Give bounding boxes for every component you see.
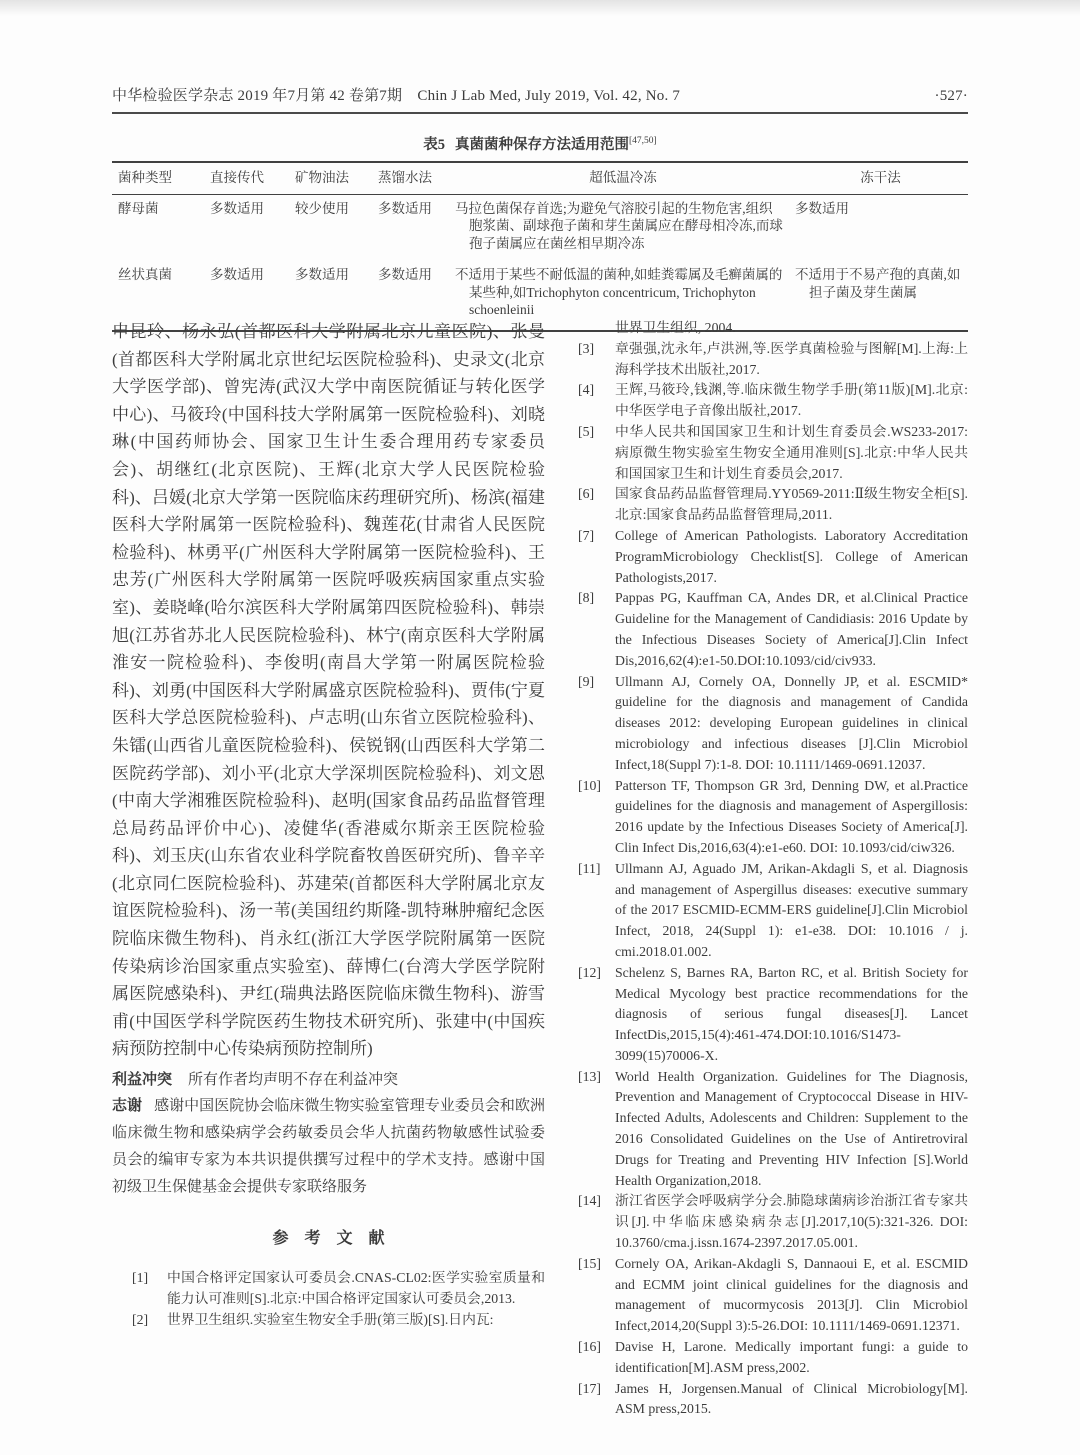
journal-page: 中华检验医学杂志 2019 年7月第 42 卷第7期 Chin J Lab Me… <box>0 0 1080 1455</box>
reference-item: [5]中华人民共和国国家卫生和计划生育委员会.WS233-2017:病原微生物实… <box>578 422 968 484</box>
reference-text: 浙江省医学会呼吸病学分会.肺隐球菌病诊治浙江省专家共识[J].中华临床感染病杂志… <box>615 1193 968 1250</box>
preservation-methods-table: 菌种类型 直接传代 矿物油法 蒸馏水法 超低温冷冻 冻干法 酵母菌 多数适用 较… <box>112 161 968 332</box>
table-cell: 多数适用 <box>208 200 293 253</box>
column-header: 冻干法 <box>793 169 968 187</box>
reference-text: Ullmann AJ, Aguado JM, Arikan-Akdagli S,… <box>615 861 968 959</box>
references-right: 世界卫生组织, 2004. [3]章强强,沈永年,卢洪洲,等.医学真菌检验与图解… <box>578 318 968 1420</box>
reference-number: [17] <box>578 1379 601 1400</box>
reference-item: [17]James H, Jorgensen.Manual of Clinica… <box>578 1379 968 1421</box>
reference-text: Ullmann AJ, Cornely OA, Donnelly JP, et … <box>615 674 968 772</box>
reference-number: [11] <box>578 859 600 880</box>
table-cell: 多数适用 <box>293 266 376 319</box>
reference-item: [1]中国合格评定国家认可委员会.CNAS-CL02:医学实验室质量和能力认可准… <box>112 1268 545 1310</box>
acknowledgement-text: 感谢中国医院协会临床微生物实验室管理专业委员会和欧洲临床微生物和感染病学会药敏委… <box>112 1098 545 1195</box>
column-header: 直接传代 <box>208 169 293 187</box>
left-column: 申昆玲、杨永弘(首都医科大学附属北京儿童医院)、张曼(首都医科大学附属北京世纪坛… <box>112 318 545 1330</box>
table-row: 酵母菌 多数适用 较少使用 多数适用 马拉色菌保存首选;为避免气溶胶引起的生物危… <box>112 195 968 258</box>
table-cell: 多数适用 <box>793 200 968 253</box>
reference-text: Davise H, Larone. Medically important fu… <box>615 1339 968 1375</box>
reference-number: [10] <box>578 776 601 797</box>
table-caption-label: 表5 <box>423 137 445 153</box>
reference-number: [15] <box>578 1254 601 1275</box>
table-cell: 马拉色菌保存首选;为避免气溶胶引起的生物危害,组织胞浆菌、副球孢子菌和芽生菌属应… <box>453 200 793 253</box>
reference-number: [9] <box>578 672 594 693</box>
reference-text: 世界卫生组织, 2004. <box>615 320 736 335</box>
running-head: 中华检验医学杂志 2019 年7月第 42 卷第7期 Chin J Lab Me… <box>112 84 968 114</box>
reference-text: Pappas PG, Kauffman CA, Andes DR, et al.… <box>615 590 968 667</box>
reference-item: [4]王辉,马筱玲,钱渊,等.临床微生物学手册(第11版)[M].北京:中华医学… <box>578 380 968 422</box>
reference-item: [13]World Health Organization. Guideline… <box>578 1067 968 1192</box>
table-cell: 丝状真菌 <box>112 266 208 319</box>
reference-number: [12] <box>578 963 601 984</box>
table-cell: 多数适用 <box>376 266 453 319</box>
reference-item: [15]Cornely OA, Arikan-Akdagli S, Dannao… <box>578 1254 968 1337</box>
reference-number: [16] <box>578 1337 601 1358</box>
reference-item: [12]Schelenz S, Barnes RA, Barton RC, et… <box>578 963 968 1067</box>
table-header-row: 菌种类型 直接传代 矿物油法 蒸馏水法 超低温冷冻 冻干法 <box>112 163 968 195</box>
column-header: 蒸馏水法 <box>376 169 453 187</box>
reference-item: [10]Patterson TF, Thompson GR 3rd, Denni… <box>578 776 968 859</box>
reference-number: [14] <box>578 1191 601 1212</box>
reference-item: [6]国家食品药品监督管理局.YY0569-2011:Ⅱ级生物安全柜[S].北京… <box>578 484 968 526</box>
reference-item: [11]Ullmann AJ, Aguado JM, Arikan-Akdagl… <box>578 859 968 963</box>
table-cell: 不适用于某些不耐低温的菌种,如蛙粪霉属及毛癣菌属的某些种,如Trichophyt… <box>453 266 793 319</box>
author-affiliations: 申昆玲、杨永弘(首都医科大学附属北京儿童医院)、张曼(首都医科大学附属北京世纪坛… <box>112 318 545 1063</box>
reference-number: [2] <box>132 1310 148 1331</box>
reference-number: [4] <box>578 380 594 401</box>
reference-number: [7] <box>578 526 594 547</box>
reference-text: 世界卫生组织.实验室生物安全手册(第三版)[S].日内瓦: <box>167 1312 494 1327</box>
reference-item: [9]Ullmann AJ, Cornely OA, Donnelly JP, … <box>578 672 968 776</box>
reference-text: 中华人民共和国国家卫生和计划生育委员会.WS233-2017:病原微生物实验室生… <box>615 424 968 481</box>
reference-number: [3] <box>578 339 594 360</box>
reference-number: [6] <box>578 484 594 505</box>
reference-text: Cornely OA, Arikan-Akdagli S, Dannaoui E… <box>615 1256 968 1333</box>
table-cell: 酵母菌 <box>112 200 208 253</box>
references-heading: 参 考 文 献 <box>112 1225 545 1248</box>
scan-shadow <box>0 0 1080 16</box>
reference-number: [8] <box>578 588 594 609</box>
conflict-of-interest-label: 利益冲突 <box>112 1072 172 1088</box>
conflict-of-interest: 利益冲突所有作者均声明不存在利益冲突 <box>112 1067 545 1093</box>
column-header: 菌种类型 <box>112 169 208 187</box>
table-cell: 不适用于不易产孢的真菌,如担子菌及芽生菌属 <box>793 266 968 319</box>
reference-number: [1] <box>132 1268 148 1289</box>
right-column: 世界卫生组织, 2004. [3]章强强,沈永年,卢洪洲,等.医学真菌检验与图解… <box>578 318 968 1420</box>
reference-text: Schelenz S, Barnes RA, Barton RC, et al.… <box>615 965 968 1063</box>
column-header: 超低温冷冻 <box>453 169 793 187</box>
conflict-of-interest-text: 所有作者均声明不存在利益冲突 <box>188 1072 398 1088</box>
table-caption-citation: [47,50] <box>629 136 657 146</box>
journal-citation-line: 中华检验医学杂志 2019 年7月第 42 卷第7期 Chin J Lab Me… <box>112 84 680 105</box>
table-caption-text: 真菌菌种保存方法适用范围 <box>455 137 629 153</box>
references-left: [1]中国合格评定国家认可委员会.CNAS-CL02:医学实验室质量和能力认可准… <box>112 1268 545 1330</box>
table-caption: 表5真菌菌种保存方法适用范围[47,50] <box>112 133 968 154</box>
reference-item: [7]College of American Pathologists. Lab… <box>578 526 968 588</box>
acknowledgement: 志谢感谢中国医院协会临床微生物实验室管理专业委员会和欧洲临床微生物和感染病学会药… <box>112 1093 545 1201</box>
table-cell: 多数适用 <box>376 200 453 253</box>
page-number: ·527· <box>935 88 969 105</box>
reference-item: 世界卫生组织, 2004. <box>578 318 968 339</box>
column-header: 矿物油法 <box>293 169 376 187</box>
reference-text: College of American Pathologists. Labora… <box>615 528 968 585</box>
reference-item: [16]Davise H, Larone. Medically importan… <box>578 1337 968 1379</box>
table-cell: 较少使用 <box>293 200 376 253</box>
reference-number: [5] <box>578 422 594 443</box>
reference-text: 章强强,沈永年,卢洪洲,等.医学真菌检验与图解[M].上海:上海科学技术出版社,… <box>615 341 968 377</box>
reference-text: 中国合格评定国家认可委员会.CNAS-CL02:医学实验室质量和能力认可准则[S… <box>167 1270 545 1306</box>
reference-item: [8]Pappas PG, Kauffman CA, Andes DR, et … <box>578 588 968 671</box>
reference-item: [14]浙江省医学会呼吸病学分会.肺隐球菌病诊治浙江省专家共识[J].中华临床感… <box>578 1191 968 1253</box>
reference-text: James H, Jorgensen.Manual of Clinical Mi… <box>615 1381 968 1417</box>
reference-text: Patterson TF, Thompson GR 3rd, Denning D… <box>615 778 968 855</box>
reference-text: World Health Organization. Guidelines fo… <box>615 1069 968 1188</box>
reference-text: 国家食品药品监督管理局.YY0569-2011:Ⅱ级生物安全柜[S].北京:国家… <box>615 486 968 522</box>
reference-item: [2]世界卫生组织.实验室生物安全手册(第三版)[S].日内瓦: <box>112 1310 545 1331</box>
acknowledgement-label: 志谢 <box>112 1098 142 1114</box>
reference-text: 王辉,马筱玲,钱渊,等.临床微生物学手册(第11版)[M].北京:中华医学电子音… <box>615 382 968 418</box>
table-cell: 多数适用 <box>208 266 293 319</box>
reference-number: [13] <box>578 1067 601 1088</box>
reference-item: [3]章强强,沈永年,卢洪洲,等.医学真菌检验与图解[M].上海:上海科学技术出… <box>578 339 968 381</box>
